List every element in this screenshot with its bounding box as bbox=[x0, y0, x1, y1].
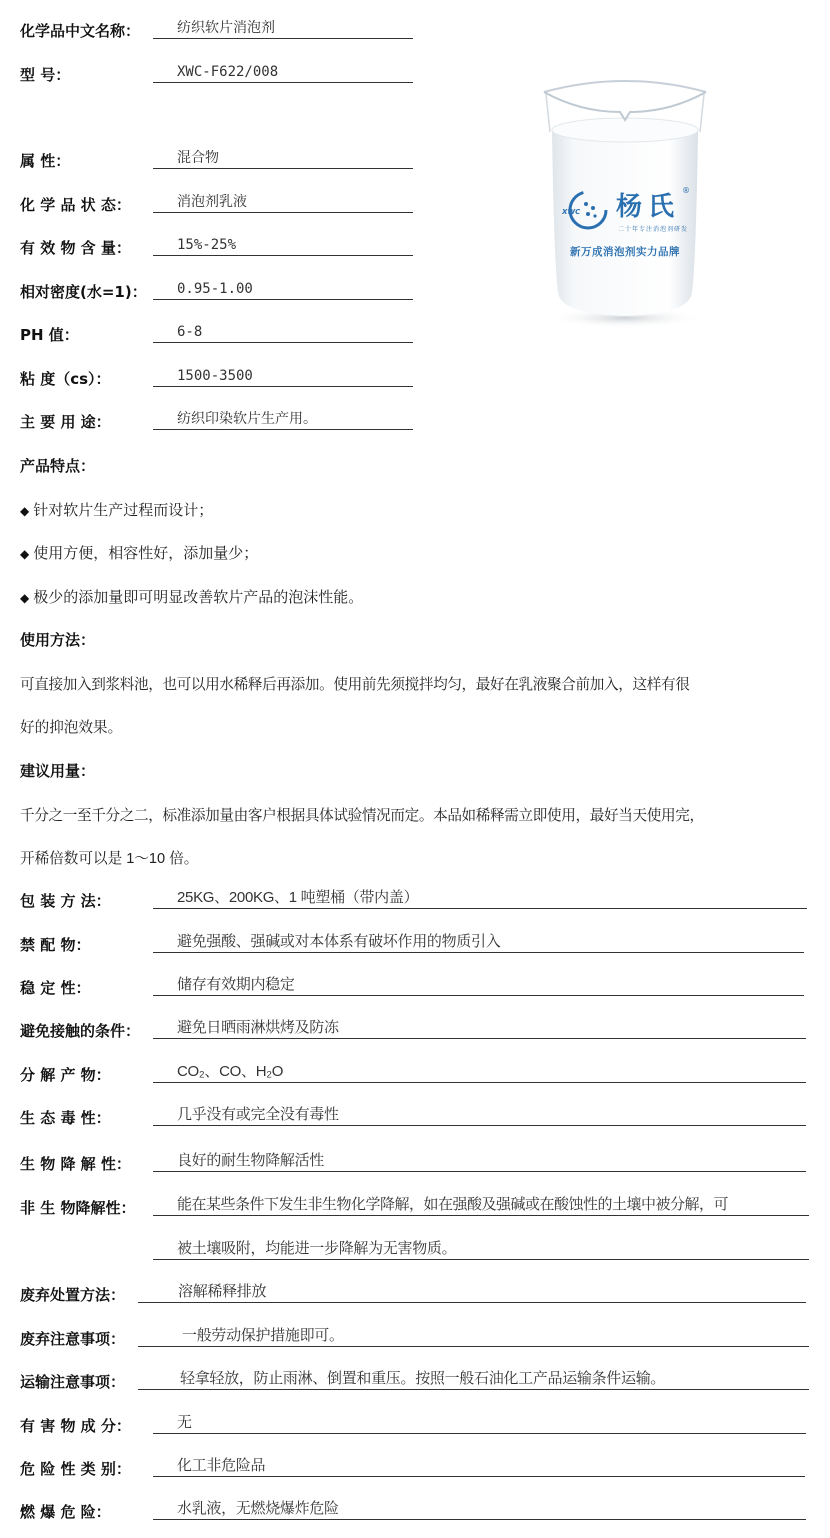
spec-value: 25KG、200KG、1 吨塑桶（带内盖） bbox=[153, 887, 807, 909]
spec-value: CO₂、CO、H₂O bbox=[153, 1061, 806, 1083]
brand-slogan: 新万成消泡剂实力品牌 bbox=[570, 244, 680, 259]
spec-value: 良好的耐生物降解活性 bbox=[153, 1150, 806, 1172]
dosage-line: 千分之一至千分之二，标准添加量由客户根据具体试验情况而定。本品如稀释需立即使用，… bbox=[20, 804, 704, 825]
dosage-line: 开稀倍数可以是 1～10 倍。 bbox=[20, 847, 198, 868]
spec-label: 稳 定 性： bbox=[20, 977, 90, 998]
diamond-bullet-icon: ◆ bbox=[20, 547, 29, 561]
spec-label: 相对密度(水=1)： bbox=[20, 281, 147, 302]
spec-value-continued: 被土壤吸附，均能进一步降解为无害物质。 bbox=[153, 1238, 809, 1260]
spec-label: PH 值： bbox=[20, 324, 79, 345]
usage-line: 可直接加入到浆料池，也可以用水稀释后再添加。使用前先须搅拌均匀，最好在乳液聚合前… bbox=[20, 673, 689, 694]
spec-value: 溶解稀释排放 bbox=[138, 1281, 806, 1303]
spec-value: 15%-25% bbox=[153, 234, 413, 256]
feature-item: ◆使用方便，相容性好，添加量少； bbox=[20, 542, 258, 563]
spec-label: 包 装 方 法： bbox=[20, 890, 111, 911]
spec-label: 有 效 物 含 量： bbox=[20, 237, 131, 258]
spec-label: 禁 配 物： bbox=[20, 934, 90, 955]
spec-value: 避免日晒雨淋烘烤及防冻 bbox=[153, 1017, 806, 1039]
diamond-bullet-icon: ◆ bbox=[20, 504, 29, 518]
spec-label: 化学品中文名称： bbox=[20, 20, 140, 41]
spec-label: 危 险 性 类 别： bbox=[20, 1458, 131, 1479]
spec-value: 储存有效期内稳定 bbox=[153, 974, 804, 996]
spec-value: 避免强酸、强碱或对本体系有破坏作用的物质引入 bbox=[153, 931, 804, 953]
spec-value: 1500-3500 bbox=[153, 365, 413, 387]
spec-value: 轻拿轻放，防止雨淋、倒置和重压。按照一般石油化工产品运输条件运输。 bbox=[138, 1368, 809, 1390]
spec-label: 废弃注意事项： bbox=[20, 1328, 125, 1349]
spec-label: 型 号： bbox=[20, 64, 70, 85]
brand-name: 杨氏 bbox=[616, 186, 680, 223]
feature-text: 针对软片生产过程而设计； bbox=[33, 501, 213, 519]
spec-value: 几乎没有或完全没有毒性 bbox=[153, 1104, 806, 1126]
spec-label: 主 要 用 途： bbox=[20, 411, 111, 432]
spec-label: 生 态 毒 性： bbox=[20, 1107, 111, 1128]
spec-label: 燃 爆 危 险： bbox=[20, 1501, 111, 1522]
spec-label: 废弃处置方法： bbox=[20, 1284, 125, 1305]
feature-text: 极少的添加量即可明显改善软片产品的泡沫性能。 bbox=[33, 588, 363, 606]
brand-registered-mark: ® bbox=[682, 186, 690, 195]
spec-value: 能在某些条件下发生非生物化学降解，如在强酸及强碱或在酸蚀性的土壤中被分解，可 bbox=[153, 1194, 809, 1216]
spec-value: 水乳液，无燃烧爆炸危险 bbox=[153, 1498, 806, 1520]
spec-label: 有 害 物 成 分： bbox=[20, 1415, 131, 1436]
spec-value: 化工非危险品 bbox=[153, 1455, 805, 1477]
brand-tagline: 二十年专注消泡剂研发 bbox=[618, 224, 688, 233]
spec-value: 消泡剂乳液 bbox=[153, 191, 413, 213]
feature-text: 使用方便，相容性好，添加量少； bbox=[33, 544, 258, 562]
spec-value: 无 bbox=[153, 1412, 806, 1434]
spec-label: 运输注意事项： bbox=[20, 1371, 125, 1392]
spec-value: 混合物 bbox=[153, 147, 413, 169]
spec-label: 属 性： bbox=[20, 150, 70, 171]
spec-label: 分 解 产 物： bbox=[20, 1064, 111, 1085]
spec-value: 纺织印染软片生产用。 bbox=[153, 408, 413, 430]
features-heading: 产品特点： bbox=[20, 455, 95, 476]
spec-value: 纺织软片消泡剂 bbox=[153, 17, 413, 39]
diamond-bullet-icon: ◆ bbox=[20, 591, 29, 605]
spec-value: XWC-F622/008 bbox=[153, 61, 413, 83]
spec-label: 非 生 物降解性： bbox=[20, 1197, 135, 1218]
spec-label: 化 学 品 状 态： bbox=[20, 194, 131, 215]
feature-item: ◆针对软片生产过程而设计； bbox=[20, 499, 213, 520]
spec-label: 生 物 降 解 性： bbox=[20, 1153, 131, 1174]
dosage-heading: 建议用量： bbox=[20, 760, 95, 781]
spec-value: 一般劳动保护措施即可。 bbox=[138, 1325, 809, 1347]
spec-label: 粘 度（cs）： bbox=[20, 368, 111, 389]
spec-label: 避免接触的条件： bbox=[20, 1020, 140, 1041]
feature-item: ◆极少的添加量即可明显改善软片产品的泡沫性能。 bbox=[20, 586, 363, 607]
spec-value: 6-8 bbox=[153, 321, 413, 343]
brand-logo-text: XWC bbox=[562, 208, 580, 216]
spec-value: 0.95-1.00 bbox=[153, 278, 413, 300]
usage-heading: 使用方法： bbox=[20, 629, 95, 650]
usage-line: 好的抑泡效果。 bbox=[20, 716, 122, 737]
product-beaker-image: XWC 杨氏 ® 二十年专注消泡剂研发 新万成消泡剂实力品牌 bbox=[540, 62, 710, 332]
